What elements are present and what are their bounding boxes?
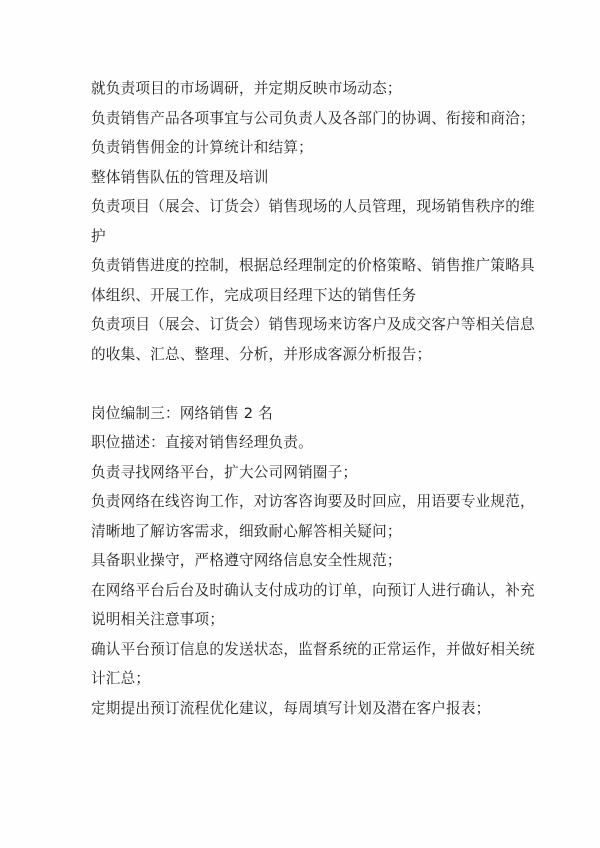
duty-line: 清晰地了解访客需求，细致耐心解答相关疑问； (91, 521, 521, 551)
duty-line: 具备职业操守，严格遵守网络信息安全性规范； (91, 550, 521, 580)
document-body: 就负责项目的市场调研，并定期反映市场动态； 负责销售产品各项事宜与公司负责人及各… (91, 78, 521, 727)
duty-line: 计汇总； (91, 668, 521, 698)
document-page: 就负责项目的市场调研，并定期反映市场动态； 负责销售产品各项事宜与公司负责人及各… (0, 0, 600, 848)
duty-line: 就负责项目的市场调研，并定期反映市场动态； (91, 78, 521, 108)
duty-line: 护 (91, 226, 521, 256)
duty-line: 说明相关注意事项； (91, 609, 521, 639)
duty-line: 的收集、汇总、整理、分析，并形成客源分析报告； (91, 344, 521, 374)
duty-line: 负责销售进度的控制，根据总经理制定的价格策略、销售推广策略具 (91, 255, 521, 285)
duty-line: 负责网络在线咨询工作，对访客咨询要及时回应，用语要专业规范， (91, 491, 521, 521)
section-sales-duties: 就负责项目的市场调研，并定期反映市场动态； 负责销售产品各项事宜与公司负责人及各… (91, 78, 521, 373)
duty-line: 负责销售产品各项事宜与公司负责人及各部门的协调、衔接和商洽； (91, 108, 521, 138)
duty-line: 确认平台预订信息的发送状态，监督系统的正常运作，并做好相关统 (91, 639, 521, 669)
duty-line: 体组织、开展工作，完成项目经理下达的销售任务 (91, 285, 521, 315)
paragraph-gap (91, 373, 521, 403)
section-heading: 岗位编制三：网络销售 2 名 (91, 403, 521, 433)
section-online-sales: 岗位编制三：网络销售 2 名 职位描述：直接对销售经理负责。 负责寻找网络平台，… (91, 403, 521, 728)
duty-line: 整体销售队伍的管理及培训 (91, 167, 521, 197)
duty-line: 在网络平台后台及时确认支付成功的订单，向预订人进行确认，补充 (91, 580, 521, 610)
duty-line: 负责项目（展会、订货会）销售现场的人员管理，现场销售秩序的维 (91, 196, 521, 226)
duty-line: 负责项目（展会、订货会）销售现场来访客户及成交客户等相关信息 (91, 314, 521, 344)
duty-line: 负责销售佣金的计算统计和结算； (91, 137, 521, 167)
duty-line: 定期提出预订流程优化建议，每周填写计划及潜在客户报表； (91, 698, 521, 728)
position-description: 职位描述：直接对销售经理负责。 (91, 432, 521, 462)
duty-line: 负责寻找网络平台，扩大公司网销圈子； (91, 462, 521, 492)
